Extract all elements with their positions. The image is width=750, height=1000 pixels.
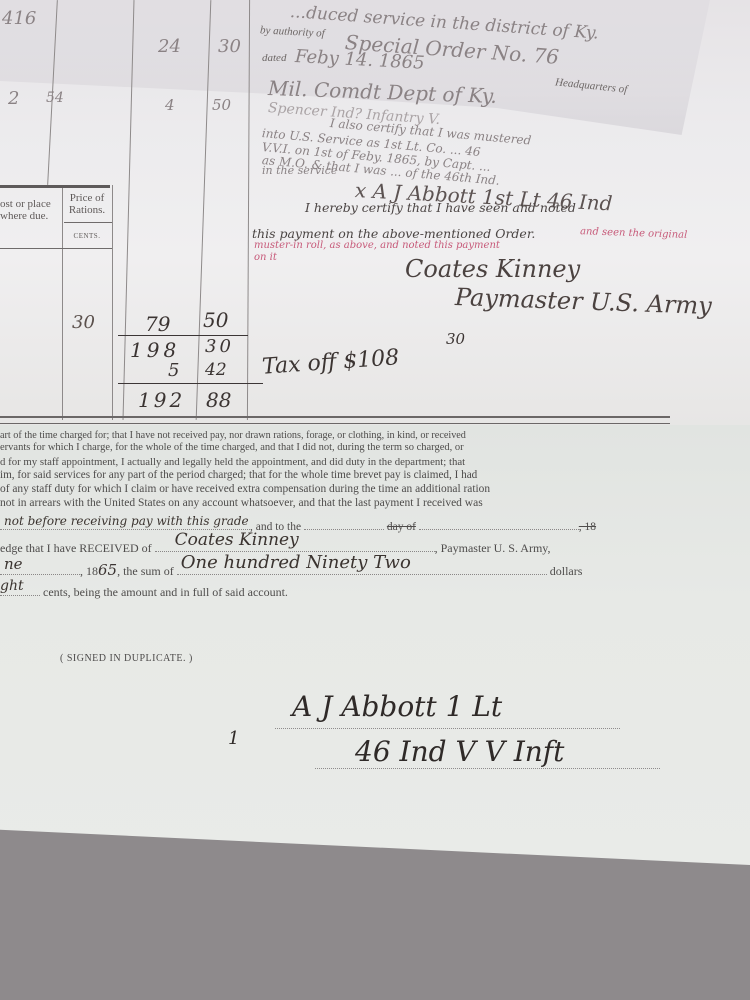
form-line-1: art of the time charged for; that I have… [0, 430, 466, 441]
row2-cents: 50 [212, 96, 231, 114]
cents-statement: cents, being the amount and in full of s… [43, 585, 288, 599]
tax-off-cents: 30 [446, 330, 465, 348]
to-the-field[interactable] [304, 517, 384, 530]
row1-dollars: 24 [158, 36, 181, 57]
row2-dollars: 4 [165, 96, 175, 114]
row2-col-b: 54 [46, 90, 64, 106]
form-line-2: ervants for which I charge, for the whol… [0, 442, 464, 453]
price-of-rations-header: Price of Rations. [64, 192, 110, 216]
form-line-3: d for my staff appointment, I actually a… [0, 456, 465, 468]
last-payment-field[interactable]: not before receiving pay with this grade [0, 517, 250, 530]
cents-fill: ght [0, 578, 24, 594]
upper-ledger-sheet: 416 24 30 2 54 4 50 ost or place where d… [0, 0, 750, 425]
sum-of-label: , the sum of [117, 564, 174, 578]
red-note-1: and seen the original [580, 226, 688, 241]
tax-off-note: Tax off $108 [261, 345, 400, 380]
sum-fill: One hundred Ninety Two [181, 552, 411, 573]
sum-line: ne , 1865, the sum of One hundred Ninety… [0, 561, 582, 579]
form-line-5: of any staff duty for which I claim or h… [0, 483, 490, 495]
calc-line1-cents: 50 [203, 308, 228, 332]
cents-field[interactable]: ght [0, 583, 40, 596]
paymaster-name: Coates Kinney [405, 255, 580, 283]
year-fill: 65 [98, 561, 117, 579]
last-payment-fill: not before receiving pay with this grade [4, 514, 249, 528]
row2-col-a: 2 [8, 88, 19, 109]
dollars-label: dollars [550, 564, 583, 578]
calc-line3-cents: 42 [205, 360, 227, 380]
signature-line-1[interactable] [275, 728, 620, 729]
ledger-rule [62, 185, 63, 420]
paymaster-army-label: , Paymaster U. S. Army, [435, 541, 551, 555]
certify-hand-5: in the service [262, 164, 337, 177]
calc-line2-cents: 30 [205, 336, 234, 357]
form-line-4: im, for said services for any part of th… [0, 469, 477, 481]
signature-mark: 1 [228, 728, 239, 749]
endorse-dated: dated [262, 52, 286, 64]
red-note-2: muster-in roll, as above, and noted this… [254, 240, 500, 251]
place-where-due-header: ost or place where due. [0, 198, 60, 222]
header-rule [64, 222, 112, 223]
calc-total-dollars: 192 [138, 388, 185, 412]
header-rule [0, 248, 112, 249]
signature-line-2[interactable] [315, 768, 660, 769]
payment-noted: this payment on the above-mentioned Orde… [252, 226, 535, 241]
row1-cents: 30 [218, 36, 241, 57]
year-18-label: , 18 [579, 521, 596, 533]
signature-unit: 46 Ind V V Inft [355, 735, 564, 768]
ration-price: 30 [72, 312, 95, 333]
year-prefix: , 18 [80, 564, 98, 578]
paymaster-title: Paymaster U.S. Army [455, 283, 713, 320]
section-divider [0, 416, 670, 424]
day-of-field[interactable] [419, 517, 579, 530]
calc-line3-dollars: 5 [168, 360, 179, 381]
cents-line: ght cents, being the amount and in full … [0, 583, 288, 600]
day-of-label: day of [387, 521, 416, 533]
month-field[interactable]: ne [0, 562, 80, 575]
signed-in-duplicate: ( SIGNED IN DUPLICATE. ) [60, 653, 193, 664]
received-of-fill: Coates Kinney [175, 530, 299, 550]
calc-line1-dollars: 79 [145, 312, 170, 336]
hereby-certify: I hereby certify that I have seen and no… [305, 200, 576, 215]
received-of-field[interactable]: Coates Kinney [155, 539, 435, 552]
ledger-rule [112, 185, 113, 420]
calc-total-cents: 88 [206, 388, 231, 412]
sum-field[interactable]: One hundred Ninety Two [177, 562, 547, 575]
calc-total-rule [118, 383, 263, 384]
row1-col-a: 416 [2, 8, 36, 29]
header-rule [0, 185, 110, 188]
signature-name: A J Abbott 1 Lt [292, 690, 502, 723]
form-line-6: not in arrears with the United States on… [0, 497, 483, 509]
month-fill: ne [4, 555, 23, 573]
acknowledge-label: edge that I have RECEIVED of [0, 541, 152, 555]
cents-header: CENTS. [64, 230, 110, 242]
calc-line2-dollars: 198 [130, 338, 180, 362]
red-note-3: on it [254, 252, 277, 263]
